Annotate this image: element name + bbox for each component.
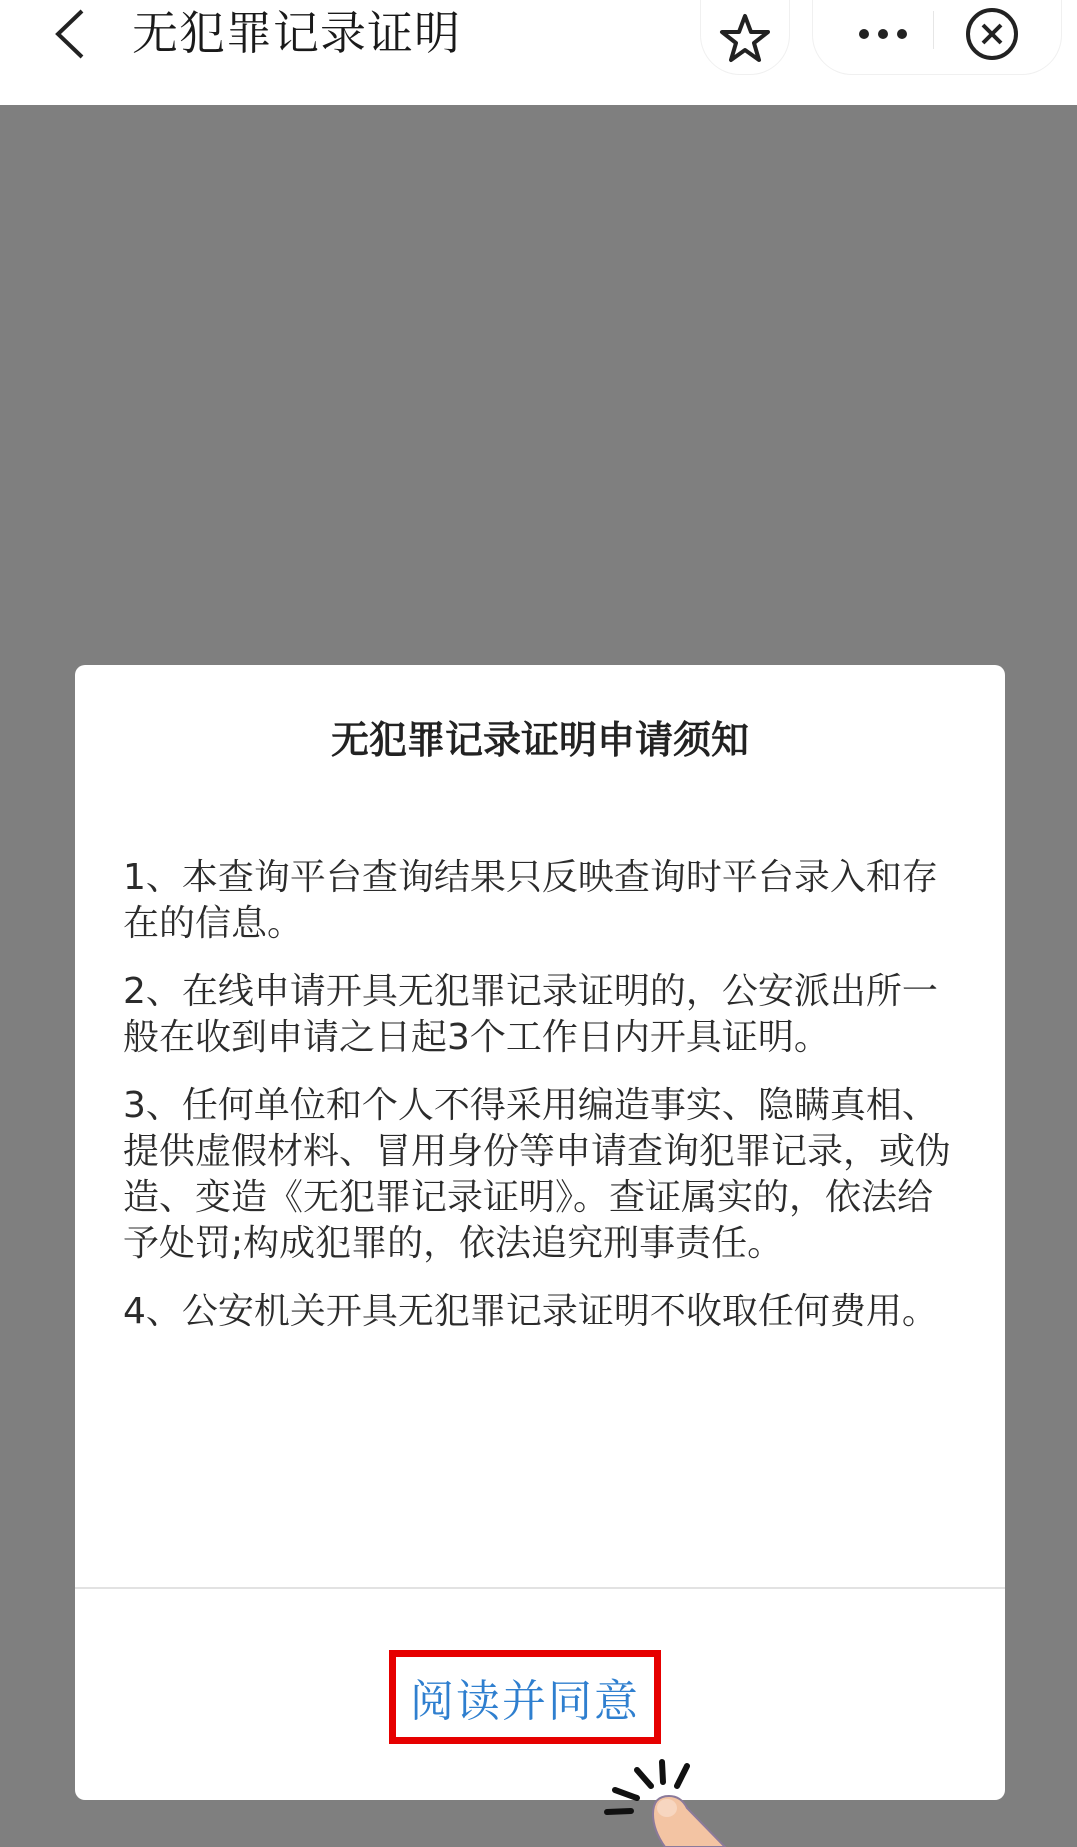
notice-item: 3、任何单位和个人不得采用编造事实、隐瞒真相、提供虚假材料、冒用身份等申请查询犯… — [123, 1083, 953, 1267]
notice-item: 1、本查询平台查询结果只反映查询时平台录入和存在的信息。 — [123, 855, 953, 947]
capsule-divider — [933, 11, 934, 49]
notice-item: 4、公安机关开具无犯罪记录证明不收取任何费用。 — [123, 1289, 953, 1335]
circle-close-icon — [964, 6, 1020, 62]
application-notice-dialog: 无犯罪记录证明申请须知 1、本查询平台查询结果只反映查询时平台录入和存在的信息。… — [75, 665, 1005, 1800]
ellipsis-icon-dot — [878, 29, 888, 39]
dialog-divider — [75, 1587, 1005, 1589]
miniprogram-capsule — [812, 0, 1062, 75]
favorite-button[interactable] — [700, 0, 790, 75]
notice-list: 1、本查询平台查询结果只反映查询时平台录入和存在的信息。 2、在线申请开具无犯罪… — [123, 855, 953, 1357]
back-button[interactable] — [44, 4, 94, 64]
dialog-title: 无犯罪记录证明申请须知 — [75, 715, 1005, 765]
tapping-hand-icon — [595, 1740, 765, 1847]
chevron-left-icon — [52, 7, 86, 61]
close-button[interactable] — [961, 3, 1023, 65]
top-navigation-bar: 无犯罪记录证明 — [0, 0, 1077, 105]
ellipsis-icon-dot — [859, 29, 869, 39]
read-and-agree-button[interactable]: 阅读并同意 — [389, 1650, 661, 1744]
star-icon — [719, 13, 771, 63]
notice-item: 2、在线申请开具无犯罪记录证明的，公安派出所一般在收到申请之日起3个工作日内开具… — [123, 969, 953, 1061]
ellipsis-icon-dot — [897, 29, 907, 39]
page-title: 无犯罪记录证明 — [132, 2, 461, 64]
more-button[interactable] — [843, 1, 923, 67]
